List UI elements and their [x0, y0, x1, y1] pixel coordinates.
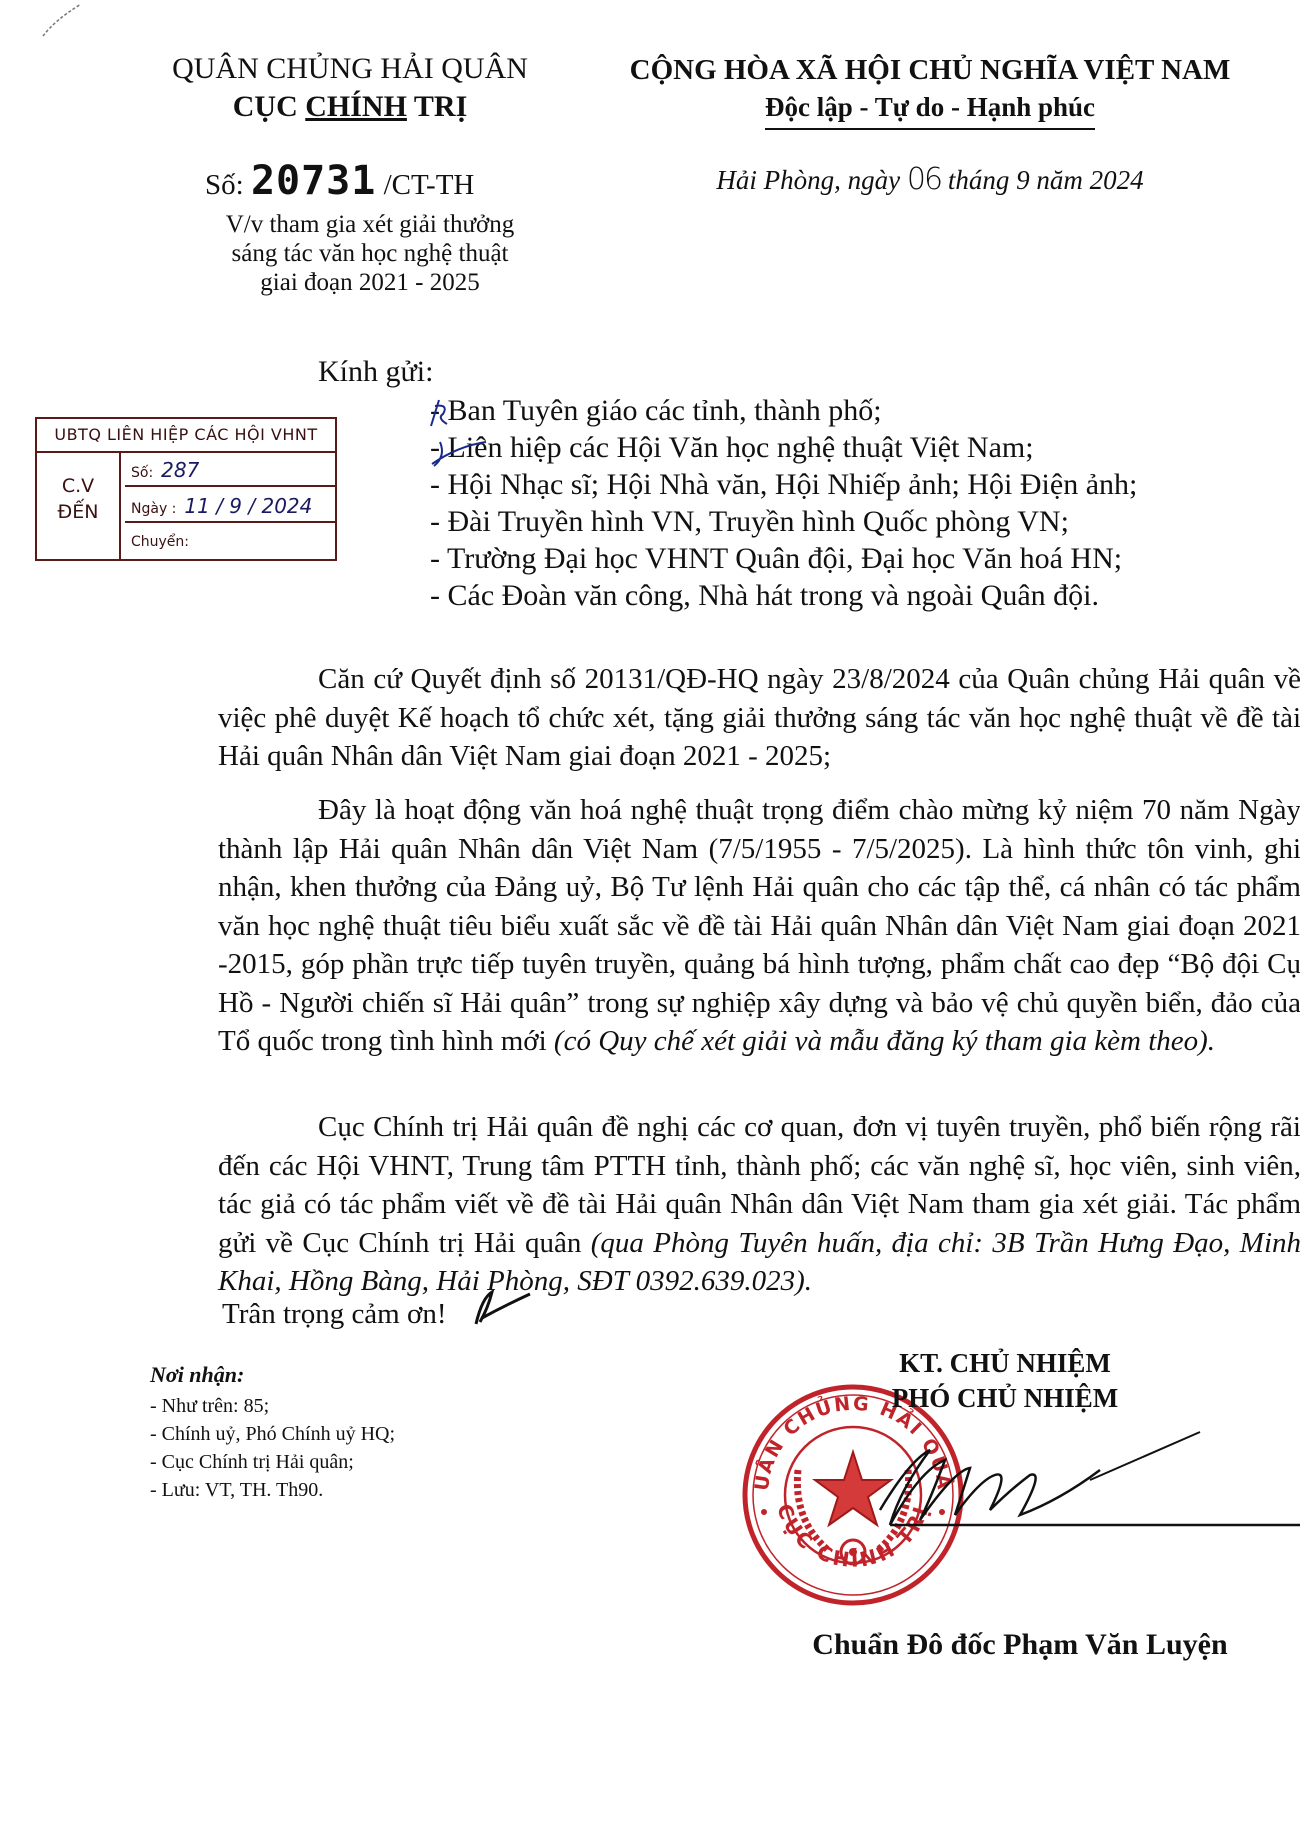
handwritten-day: 06 [907, 162, 941, 197]
subject: V/v tham gia xét giải thưởng sáng tác vă… [170, 210, 570, 297]
recipients-label: Kính gửi: [318, 355, 433, 389]
scan-mark-icon [35, 0, 85, 40]
stamp-header: UBTQ LIÊN HIỆP CÁC HỘI VHNT [37, 419, 335, 453]
subject-line: sáng tác văn học nghệ thuật [170, 239, 570, 268]
distribution-item: - Lưu: VT, TH. Th90. [150, 1476, 395, 1504]
signature-title-1: KT. CHỦ NHIỆM [790, 1348, 1220, 1379]
signature-title-2: PHÓ CHỦ NHIỆM [790, 1383, 1220, 1414]
recipient-item: - Các Đoàn văn công, Nhà hát trong và ng… [430, 577, 1137, 614]
stamp-cv-label: C.V ĐẾN [37, 453, 121, 559]
paragraph-basis: Căn cứ Quyết định số 20131/QĐ-HQ ngày 23… [218, 660, 1300, 776]
org-name-underlined: CHÍNH [305, 90, 407, 123]
subject-line: giai đoạn 2021 - 2025 [170, 268, 570, 297]
distribution-item: - Như trên: 85; [150, 1392, 395, 1420]
stamp-number-label: Số: [131, 465, 153, 481]
pen-tick-icon [428, 436, 488, 470]
number-label: Số: [205, 169, 244, 201]
motto: Độc lập - Tự do - Hạnh phúc [595, 92, 1265, 123]
pen-mark-icon [425, 396, 455, 430]
org-name-suffix: TRỊ [407, 90, 467, 123]
recipient-item: - Ban Tuyên giáo các tỉnh, thành phố; [430, 392, 1137, 429]
paragraph-text: Căn cứ Quyết định số 20131/QĐ-HQ ngày 23… [218, 663, 1300, 772]
place-date: Hải Phòng, ngày 06 tháng 9 năm 2024 [595, 162, 1265, 197]
initial-mark-icon [470, 1288, 540, 1328]
number-suffix: /CT-TH [384, 169, 475, 201]
recipient-item: - Hội Nhạc sĩ; Hội Nhà văn, Hội Nhiếp ản… [430, 466, 1137, 503]
subject-line: V/v tham gia xét giải thưởng [170, 210, 570, 239]
stamp-cv: C.V [37, 473, 119, 499]
org-parent: QUÂN CHỦNG HẢI QUÂN [150, 52, 550, 86]
stamp-date-label: Ngày : [131, 501, 176, 517]
handwritten-signature-icon [860, 1430, 1300, 1550]
nation-title: CỘNG HÒA XÃ HỘI CHỦ NGHĨA VIỆT NAM [595, 54, 1265, 87]
paragraph-purpose: Đây là hoạt động văn hoá nghệ thuật trọn… [218, 791, 1300, 1061]
motto-text: Độc lập - Tự do - Hạnh phúc [765, 92, 1095, 130]
org-name-prefix: CỤC [233, 90, 306, 123]
distribution-title: Nơi nhận: [150, 1362, 244, 1388]
number-value: 20731 [251, 158, 376, 204]
stamp-forward-row: Chuyển: [125, 525, 335, 559]
recipient-item: - Trường Đại học VHNT Quân đội, Đại học … [430, 540, 1137, 577]
org-name: CỤC CHÍNH TRỊ [150, 90, 550, 124]
distribution-list: - Như trên: 85; - Chính uỷ, Phó Chính uỷ… [150, 1392, 395, 1504]
place-date-suffix: tháng 9 năm 2024 [941, 165, 1144, 195]
paragraph-text: Đây là hoạt động văn hoá nghệ thuật trọn… [218, 794, 1300, 1057]
stamp-forward-label: Chuyển: [131, 534, 189, 550]
recipient-item: - Đài Truyền hình VN, Truyền hình Quốc p… [430, 503, 1137, 540]
distribution-item: - Cục Chính trị Hải quân; [150, 1448, 395, 1476]
stamp-number-row: Số:287 [125, 453, 335, 487]
signer-name: Chuẩn Đô đốc Phạm Văn Luyện [730, 1628, 1300, 1662]
recipient-item: - Liên hiệp các Hội Văn học nghệ thuật V… [430, 429, 1137, 466]
document-number: Số: 20731 /CT-TH [205, 158, 474, 204]
incoming-document-stamp: UBTQ LIÊN HIỆP CÁC HỘI VHNT C.V ĐẾN Số:2… [35, 417, 337, 561]
distribution-item: - Chính uỷ, Phó Chính uỷ HQ; [150, 1420, 395, 1448]
recipients-list: - Ban Tuyên giáo các tỉnh, thành phố; - … [430, 392, 1137, 614]
paragraph-request: Cục Chính trị Hải quân đề nghị các cơ qu… [218, 1108, 1300, 1301]
paragraph-note: (có Quy chế xét giải và mẫu đăng ký tham… [554, 1025, 1215, 1057]
place-date-prefix: Hải Phòng, ngày [716, 165, 906, 195]
stamp-number-value: 287 [161, 458, 199, 482]
stamp-date-row: Ngày :11 / 9 / 2024 [125, 489, 335, 523]
stamp-den: ĐẾN [37, 499, 119, 525]
stamp-date-value: 11 / 9 / 2024 [184, 494, 312, 518]
closing-thanks: Trân trọng cảm ơn! [222, 1298, 446, 1331]
